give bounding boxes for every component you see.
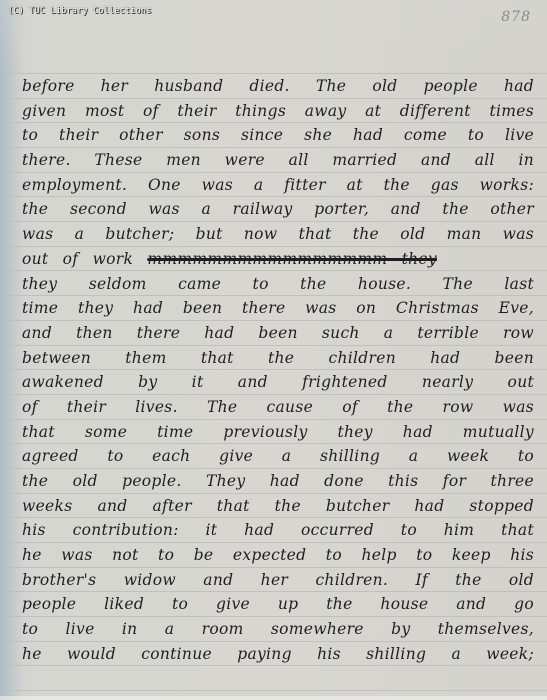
rule-line bbox=[10, 690, 547, 691]
text-line: there. These men were all married and al… bbox=[22, 148, 534, 173]
text-line: he was not to be expected to help to kee… bbox=[22, 543, 534, 568]
text-line: given most of their things away at diffe… bbox=[22, 99, 534, 124]
text-line: time they had been there was on Christma… bbox=[22, 296, 534, 321]
text-line: employment. One was a fitter at the gas … bbox=[22, 173, 534, 198]
page-number: 878 bbox=[501, 9, 531, 25]
copyright-watermark: (C) TUC Library Collections bbox=[8, 6, 152, 16]
text-line: people liked to give up the house and go bbox=[22, 592, 534, 617]
text-line: the old people. They had done this for t… bbox=[22, 469, 534, 494]
text-line: and then there had been such a terrible … bbox=[22, 321, 534, 346]
text-line: brother's widow and her children. If the… bbox=[22, 568, 534, 593]
text-line: weeks and after that the butcher had sto… bbox=[22, 494, 534, 519]
page-bottom-edge bbox=[0, 696, 547, 700]
text-line: between them that the children had been bbox=[22, 346, 534, 371]
struck-out-text: mmmmmmmmmmmmmmmm they bbox=[147, 250, 437, 268]
manuscript-page: (C) TUC Library Collections 878 before h… bbox=[0, 0, 547, 700]
text-line-with-strikeout: out of work mmmmmmmmmmmmmmmm they bbox=[22, 247, 534, 272]
text-line: of their lives. The cause of the row was bbox=[22, 395, 534, 420]
text-line: he would continue paying his shilling a … bbox=[22, 642, 534, 667]
text-fragment: out of work bbox=[22, 250, 133, 268]
text-line: to their other sons since she had come t… bbox=[22, 123, 534, 148]
text-line: they seldom came to the house. The last bbox=[22, 272, 534, 297]
text-line: agreed to each give a shilling a week to bbox=[22, 444, 534, 469]
text-line: that some time previously they had mutua… bbox=[22, 420, 534, 445]
text-line: to live in a room somewhere by themselve… bbox=[22, 617, 534, 642]
text-line: before her husband died. The old people … bbox=[22, 74, 534, 99]
text-line: was a butcher; but now that the old man … bbox=[22, 222, 534, 247]
text-line: his contribution: it had occurred to him… bbox=[22, 518, 534, 543]
text-line: the second was a railway porter, and the… bbox=[22, 197, 534, 222]
text-line: awakened by it and frightened nearly out bbox=[22, 370, 534, 395]
handwritten-text: before her husband died. The old people … bbox=[22, 74, 534, 667]
